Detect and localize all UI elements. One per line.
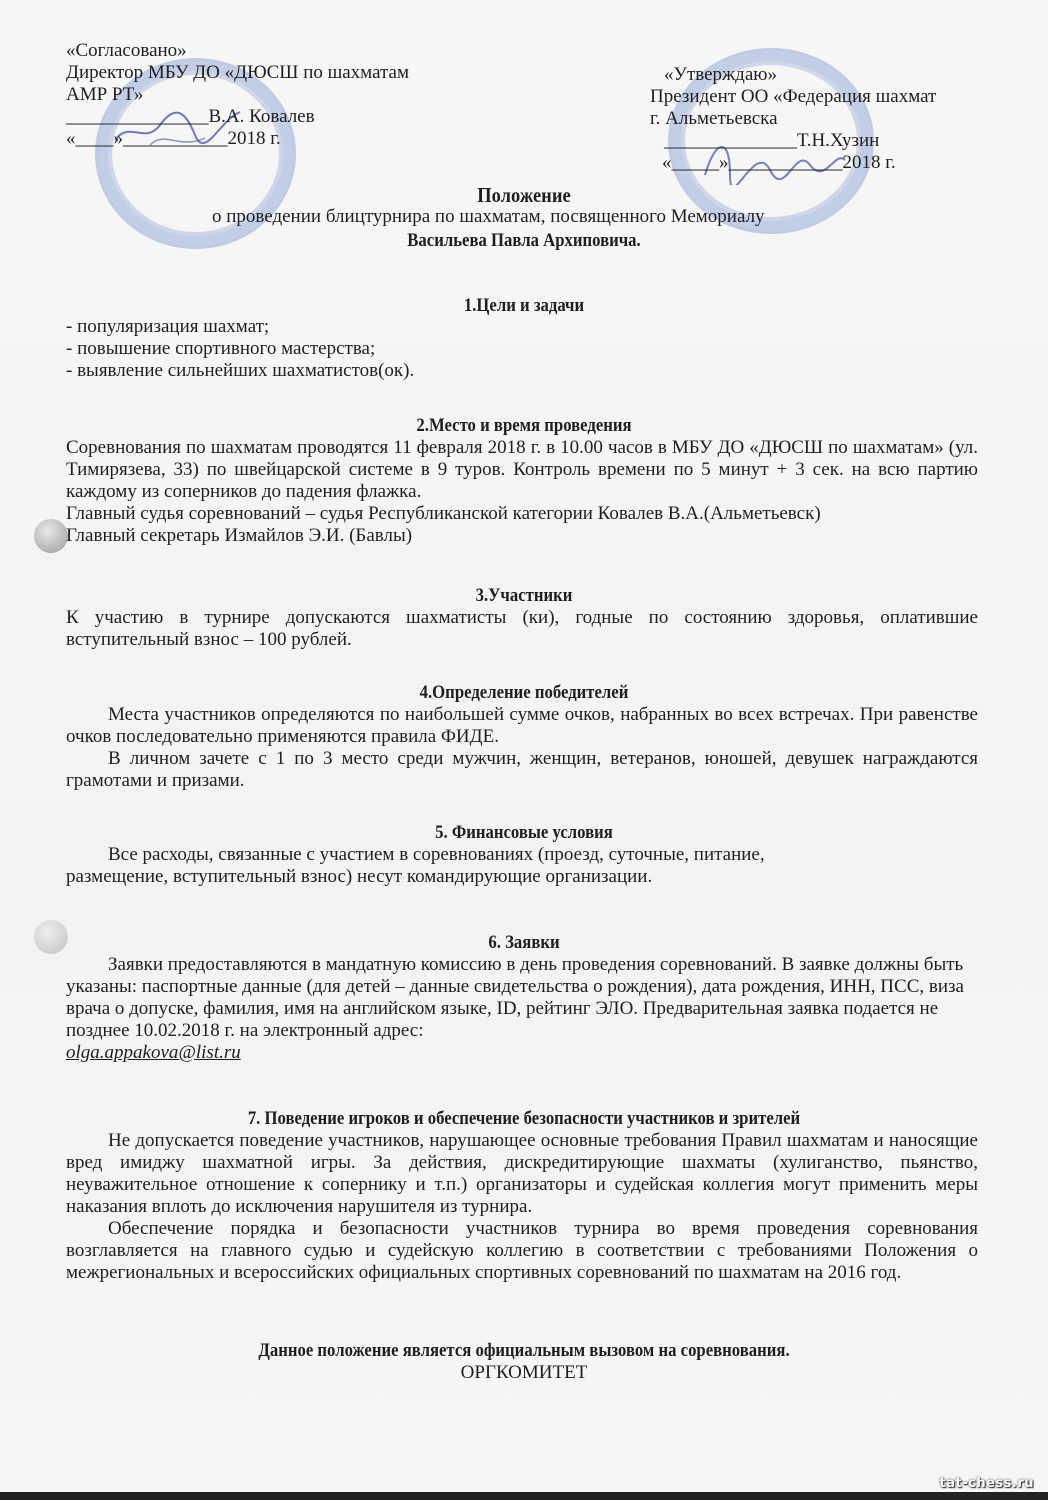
goals-list: - популяризация шахмат; - повышение спор… bbox=[66, 316, 414, 382]
memorial-name: Васильева Павла Архиповича. bbox=[63, 230, 985, 252]
site-watermark: tat-chess.ru bbox=[940, 1476, 1034, 1491]
signature-line: _______________В.А. Ковалев bbox=[66, 106, 409, 128]
date-line: «_____»____________2018 г. bbox=[650, 152, 936, 174]
approval-label: «Согласовано» bbox=[66, 40, 409, 62]
section-paragraph: Места участников определяются по наиболь… bbox=[66, 704, 978, 748]
left-approval-block: «Согласовано» Директор МБУ ДО «ДЮСШ по ш… bbox=[66, 40, 409, 150]
closing-statement: Данное положение является официальным вы… bbox=[63, 1340, 985, 1362]
section-heading: 3.Участники bbox=[63, 585, 985, 607]
email-row: olga.appakova@list.ru bbox=[66, 1042, 241, 1064]
position-line: АМР РТ» bbox=[66, 84, 409, 106]
position-line: Президент ОО «Федерация шахмат bbox=[650, 86, 936, 108]
scanned-page: «Согласовано» Директор МБУ ДО «ДЮСШ по ш… bbox=[0, 0, 1048, 1500]
section-paragraph: Заявки предоставляются в мандатную комис… bbox=[66, 954, 966, 1042]
section-heading: 6. Заявки bbox=[63, 932, 985, 954]
section-paragraph: В личном зачете с 1 по 3 место среди муж… bbox=[66, 748, 978, 792]
section-paragraph: Обеспечение порядка и безопасности участ… bbox=[66, 1218, 978, 1284]
scan-bottom-edge bbox=[0, 1492, 1048, 1500]
document-title: Положение bbox=[63, 183, 985, 208]
right-approval-block: «Утверждаю» Президент ОО «Федерация шахм… bbox=[650, 64, 936, 174]
section-heading: 4.Определение победителей bbox=[63, 682, 985, 704]
section-heading: 1.Цели и задачи bbox=[63, 295, 985, 317]
secretary-line: Главный секретарь Измайлов Э.И. (Бавлы) bbox=[66, 525, 412, 547]
section-heading: 7. Поведение игроков и обеспечение безоп… bbox=[63, 1108, 985, 1130]
position-line: Директор МБУ ДО «ДЮСШ по шахматам bbox=[66, 62, 409, 84]
signature-line: ______________Т.Н.Хузин bbox=[650, 130, 936, 152]
email-link[interactable]: olga.appakova@list.ru bbox=[66, 1042, 241, 1063]
section-heading: 5. Финансовые условия bbox=[63, 822, 985, 844]
section-paragraph: К участию в турнире допускаются шахматис… bbox=[66, 607, 978, 651]
list-item: - популяризация шахмат; bbox=[66, 316, 414, 338]
list-item: - выявление сильнейших шахматистов(ок). bbox=[66, 360, 414, 382]
date-line: «____»___________2018 г. bbox=[66, 128, 409, 150]
section-paragraph: Не допускается поведение участников, нар… bbox=[66, 1130, 978, 1218]
position-line: г. Альметьевска bbox=[650, 108, 936, 130]
document-subtitle: о проведении блицтурнира по шахматам, по… bbox=[212, 206, 765, 228]
section-paragraph: Все расходы, связанные с участием в соре… bbox=[66, 844, 856, 888]
list-item: - повышение спортивного мастерства; bbox=[66, 338, 414, 360]
approval-label: «Утверждаю» bbox=[650, 64, 936, 86]
judge-line: Главный судья соревнований – судья Респу… bbox=[66, 503, 821, 525]
organizing-committee: ОРГКОМИТЕТ bbox=[0, 1362, 1048, 1384]
section-paragraph: Соревнования по шахматам проводятся 11 ф… bbox=[66, 437, 978, 503]
hole-punch-icon bbox=[34, 519, 68, 553]
section-heading: 2.Место и время проведения bbox=[63, 415, 985, 437]
